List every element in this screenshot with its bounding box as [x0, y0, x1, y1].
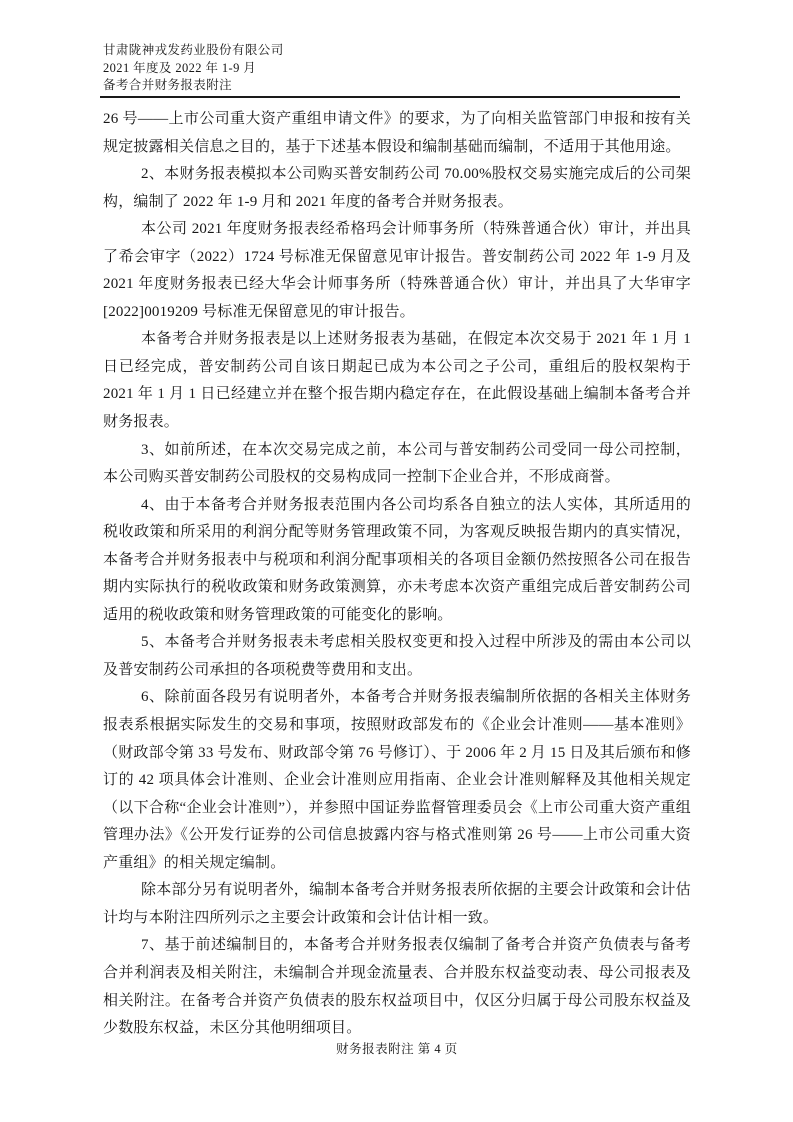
document-title: 备考合并财务报表附注	[103, 77, 284, 95]
document-page: 甘肃陇神戎发药业股份有限公司 2021 年度及 2022 年 1-9 月 备考合…	[0, 0, 793, 1122]
document-header: 甘肃陇神戎发药业股份有限公司 2021 年度及 2022 年 1-9 月 备考合…	[103, 42, 284, 95]
document-body: 26 号——上市公司重大资产重组申请文件》的要求，为了向相关监管部门申报和按有关…	[103, 106, 691, 1043]
paragraph: 7、基于前述编制目的，本备考合并财务报表仅编制了备考合并资产负债表与备考合并利润…	[103, 932, 691, 1042]
footer-page-label: 财务报表附注 第 4 页	[336, 1042, 458, 1056]
paragraph: 5、本备考合并财务报表未考虑相关股权变更和投入过程中所涉及的需由本公司以及普安制…	[103, 629, 691, 684]
paragraph: 6、除前面各段另有说明者外，本备考合并财务报表编制所依据的各相关主体财务报表系根…	[103, 684, 691, 877]
header-rule	[100, 96, 680, 98]
company-name: 甘肃陇神戎发药业股份有限公司	[103, 42, 284, 60]
paragraph: 3、如前所述，在本次交易完成之前，本公司与普安制药公司受同一母公司控制，本公司购…	[103, 437, 691, 492]
report-period: 2021 年度及 2022 年 1-9 月	[103, 60, 284, 78]
paragraph: 2、本财务报表模拟本公司购买普安制药公司 70.00%股权交易实施完成后的公司架…	[103, 161, 691, 216]
paragraph: 除本部分另有说明者外，编制本备考合并财务报表所依据的主要会计政策和会计估计均与本…	[103, 877, 691, 932]
page-footer: 财务报表附注 第 4 页	[103, 1039, 691, 1057]
paragraph: 本备考合并财务报表是以上述财务报表为基础，在假定本次交易于 2021 年 1 月…	[103, 326, 691, 436]
paragraph: 4、由于本备考合并财务报表范围内各公司均系各自独立的法人实体，其所适用的税收政策…	[103, 492, 691, 630]
paragraph: 26 号——上市公司重大资产重组申请文件》的要求，为了向相关监管部门申报和按有关…	[103, 106, 691, 161]
paragraph: 本公司 2021 年度财务报表经希格玛会计师事务所（特殊普通合伙）审计，并出具了…	[103, 216, 691, 326]
